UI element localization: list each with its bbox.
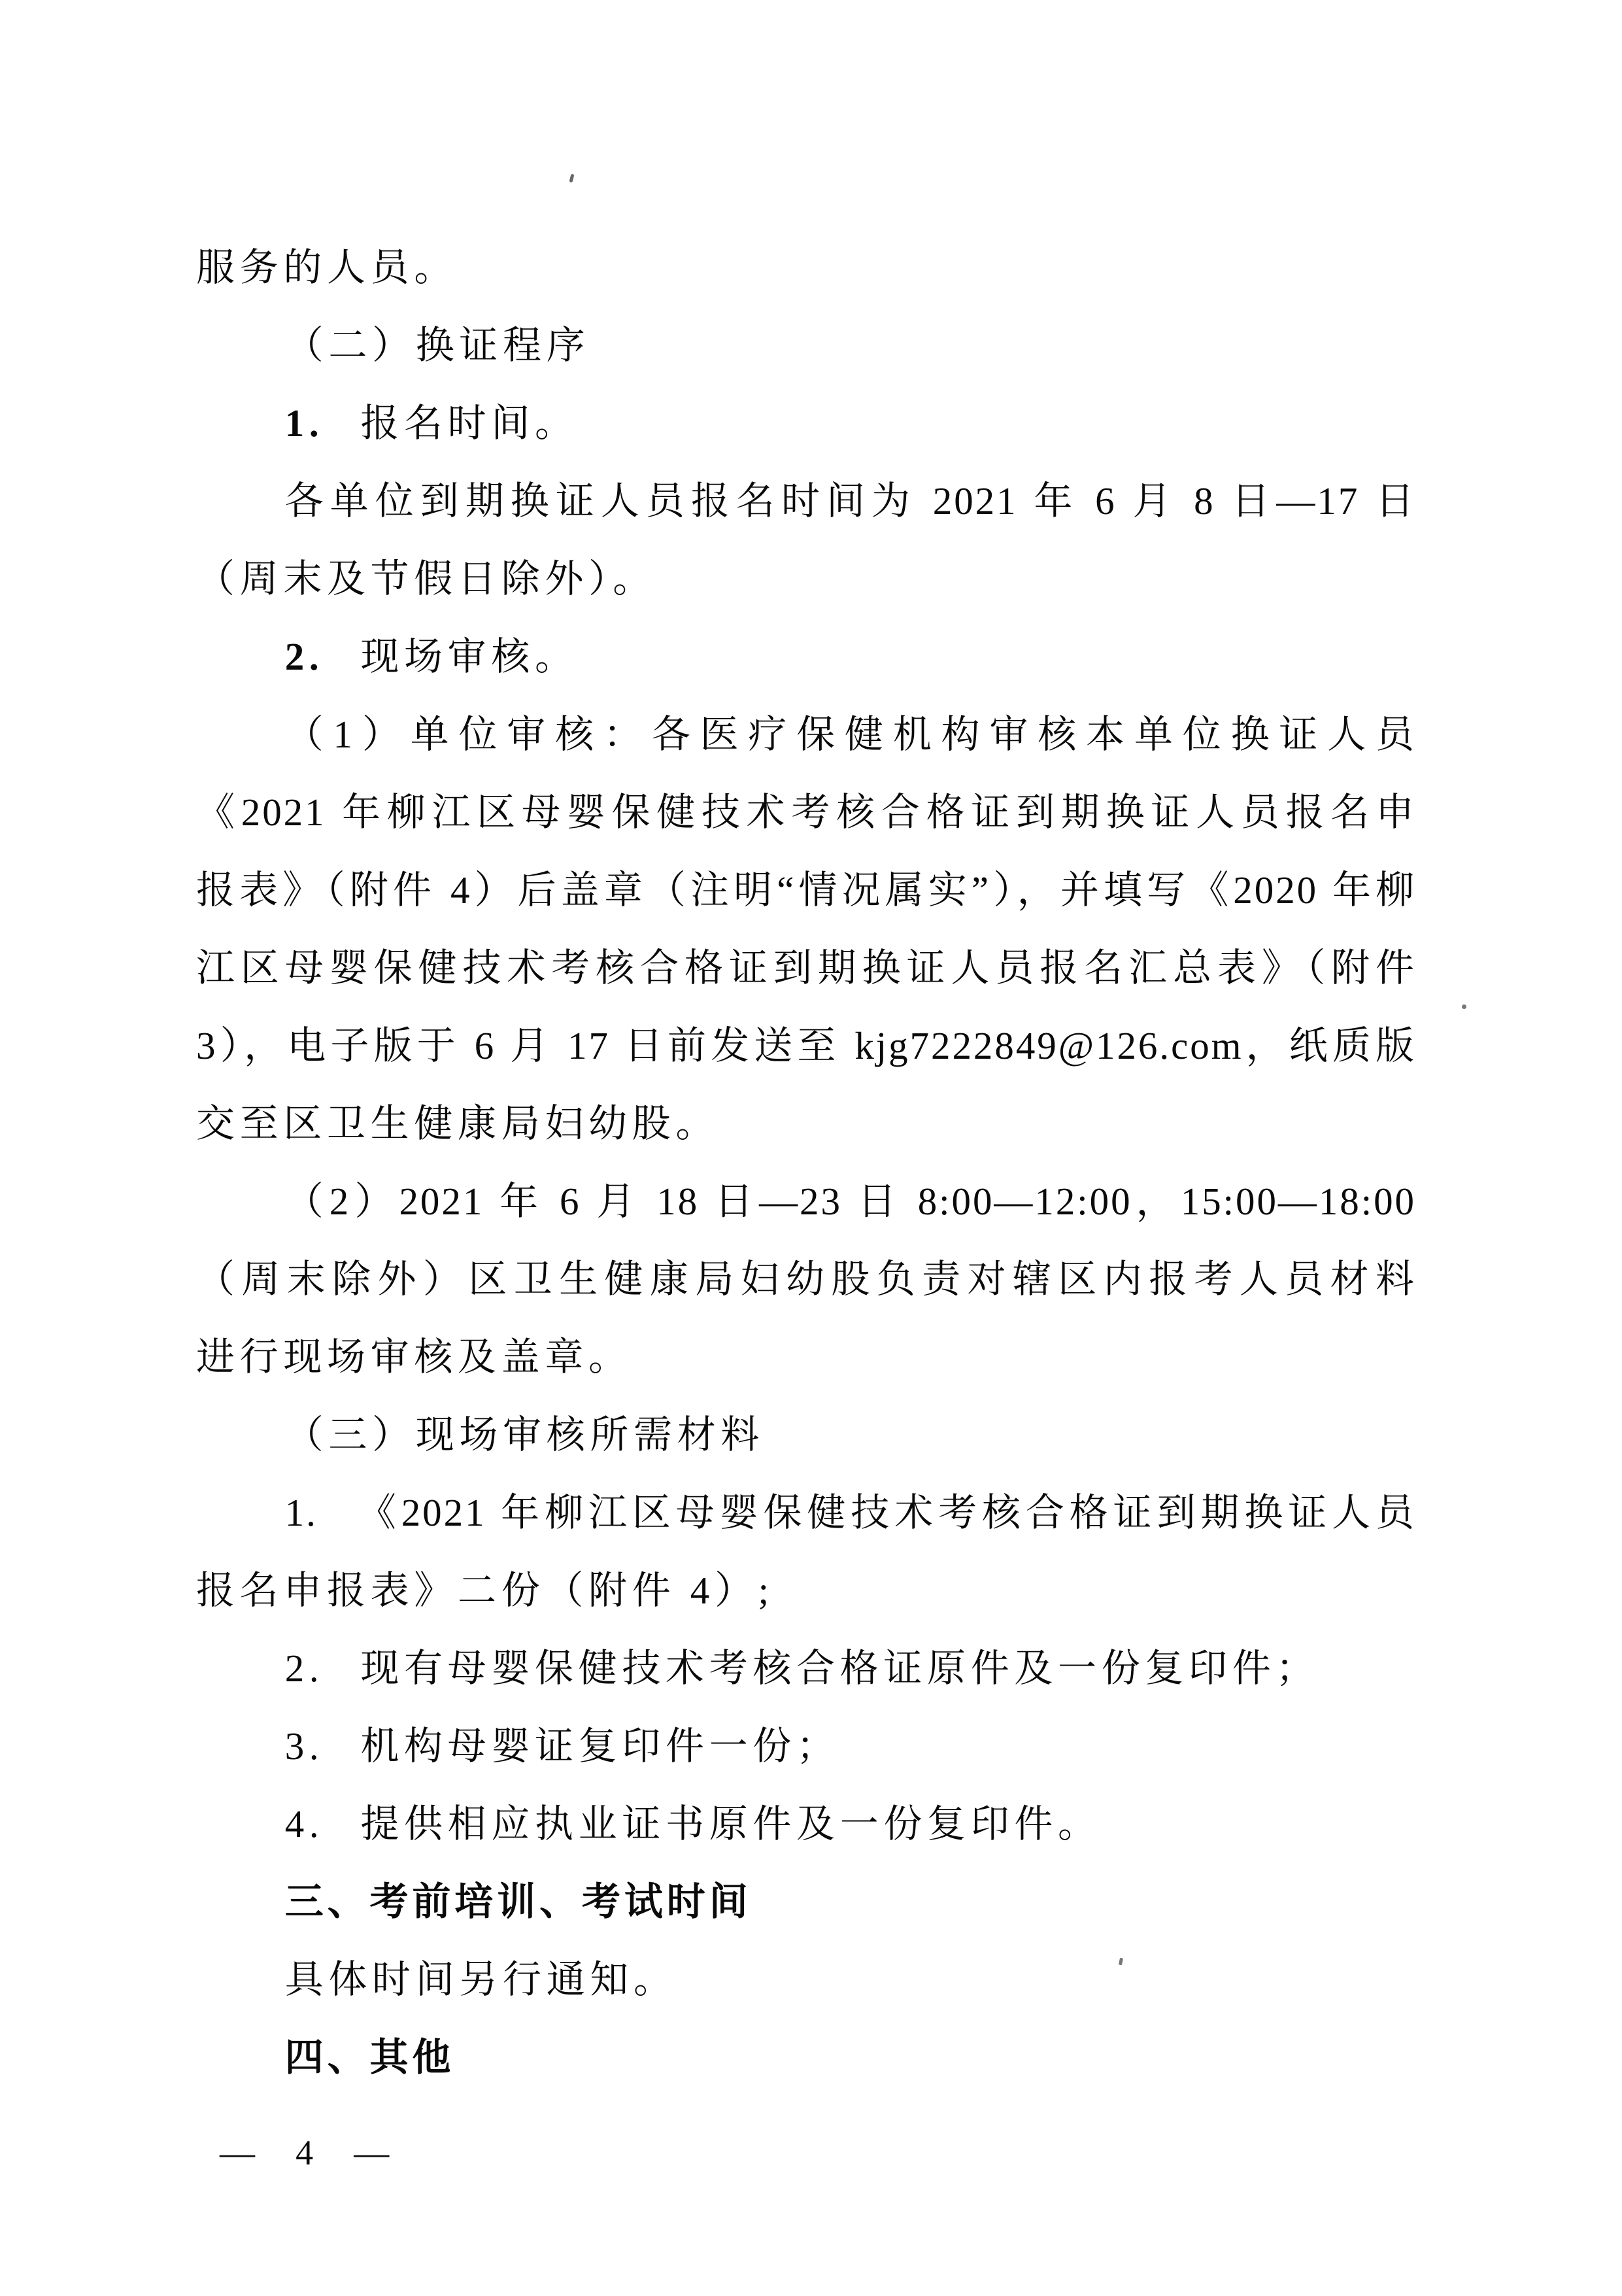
line-text: （周末除外）区卫生健康局妇幼股负责对辖区内报考人员材料 (196, 1258, 1416, 1301)
line-text: （1）单位审核：各医疗保健机构审核本单位换证人员 (285, 713, 1416, 756)
paragraph-line-3: （周末及节假日除外）。 (196, 540, 1416, 618)
line-text: 服务的人员。 (196, 246, 458, 289)
line-text: 四、其他 (285, 2036, 455, 2079)
paragraph-line-11: （周末除外）区卫生健康局妇幼股负责对辖区内报考人员材料 (196, 1241, 1416, 1318)
material-item-4: 4.提供相应执业证书原件及一份复印件。 (196, 1785, 1416, 1863)
subsection-heading-2: （二）换证程序 (196, 307, 1416, 385)
material-item-1: 1.《2021 年柳江区母婴保健技术考核合格证到期换证人员 (196, 1474, 1416, 1552)
line-text: 《2021 年柳江区母婴保健技术考核合格证到期换证人员报名申 (196, 791, 1416, 834)
list-item-1: 1.报名时间。 (196, 385, 1416, 462)
line-text: 各单位到期换证人员报名时间为 2021 年 6 月 8 日—17 日 (285, 479, 1416, 523)
list-number: 1. (285, 1491, 318, 1534)
section-heading-3: 三、考前培训、考试时间 (196, 1863, 1416, 1941)
paragraph-line-13: 报名申报表》二份（附件 4）; (196, 1552, 1416, 1630)
section-heading-4: 四、其他 (196, 2019, 1416, 2097)
line-text: 报名申报表》二份（附件 4）; (196, 1569, 774, 1612)
list-number: 2. (285, 1647, 324, 1690)
line-text: 江区母婴保健技术考核合格证到期换证人员报名汇总表》（附件 (196, 946, 1416, 989)
paragraph-line-2: 各单位到期换证人员报名时间为 2021 年 6 月 8 日—17 日 (196, 462, 1416, 540)
line-text: （周末及节假日除外）。 (196, 557, 656, 600)
line-text: 机构母婴证复印件一份； (360, 1724, 839, 1768)
list-number: 1. (285, 402, 324, 445)
line-text: 3），电子版于 6 月 17 日前发送至 kjg7222849@126.com，… (196, 1024, 1416, 1067)
list-number: 2. (285, 635, 324, 678)
line-text: （三）现场审核所需材料 (285, 1413, 764, 1456)
line-text: （二）换证程序 (285, 324, 590, 367)
line-text: （2）2021 年 6 月 18 日—23 日 8:00—12:00，15:00… (285, 1180, 1416, 1223)
paragraph-line-12: 进行现场审核及盖章。 (196, 1318, 1416, 1396)
scan-speck (1462, 1004, 1466, 1009)
line-text: 报名时间。 (360, 402, 578, 445)
line-text: 进行现场审核及盖章。 (196, 1335, 632, 1379)
line-text: 《2021 年柳江区母婴保健技术考核合格证到期换证人员 (354, 1491, 1416, 1534)
scan-speck (569, 174, 575, 183)
paragraph-line-6: 报表》（附件 4）后盖章（注明“情况属实”），并填写《2020 年柳 (196, 851, 1416, 929)
line-text: 提供相应执业证书原件及一份复印件。 (360, 1802, 1101, 1845)
line-text: 三、考前培训、考试时间 (285, 1880, 752, 1923)
list-number: 3. (285, 1724, 324, 1768)
paragraph-line-10: （2）2021 年 6 月 18 日—23 日 8:00—12:00，15:00… (196, 1163, 1416, 1241)
paragraph-line-5: 《2021 年柳江区母婴保健技术考核合格证到期换证人员报名申 (196, 774, 1416, 851)
subsection-heading-3: （三）现场审核所需材料 (196, 1396, 1416, 1474)
paragraph-line-1: 服务的人员。 (196, 229, 1416, 307)
line-text: 交至区卫生健康局妇幼股。 (196, 1102, 719, 1145)
paragraph-line-9: 交至区卫生健康局妇幼股。 (196, 1085, 1416, 1163)
paragraph-line-4: （1）单位审核：各医疗保健机构审核本单位换证人员 (196, 696, 1416, 774)
paragraph-line-14: 具体时间另行通知。 (196, 1941, 1416, 2019)
paragraph-line-7: 江区母婴保健技术考核合格证到期换证人员报名汇总表》（附件 (196, 929, 1416, 1007)
material-item-3: 3.机构母婴证复印件一份； (196, 1707, 1416, 1785)
paragraph-line-8: 3），电子版于 6 月 17 日前发送至 kjg7222849@126.com，… (196, 1007, 1416, 1085)
material-item-2: 2.现有母婴保健技术考核合格证原件及一份复印件； (196, 1630, 1416, 1707)
document-body: 服务的人员。 （二）换证程序 1.报名时间。 各单位到期换证人员报名时间为 20… (196, 229, 1416, 2097)
list-number: 4. (285, 1802, 324, 1845)
line-text: 具体时间另行通知。 (285, 1958, 677, 2001)
line-text: 现有母婴保健技术考核合格证原件及一份复印件； (360, 1647, 1319, 1690)
line-text: 现场审核。 (360, 635, 578, 678)
page-number: — 4 — (220, 2133, 405, 2172)
list-item-2: 2.现场审核。 (196, 618, 1416, 696)
document-page: 服务的人员。 （二）换证程序 1.报名时间。 各单位到期换证人员报名时间为 20… (0, 0, 1622, 2296)
line-text: 报表》（附件 4）后盖章（注明“情况属实”），并填写《2020 年柳 (196, 868, 1416, 912)
